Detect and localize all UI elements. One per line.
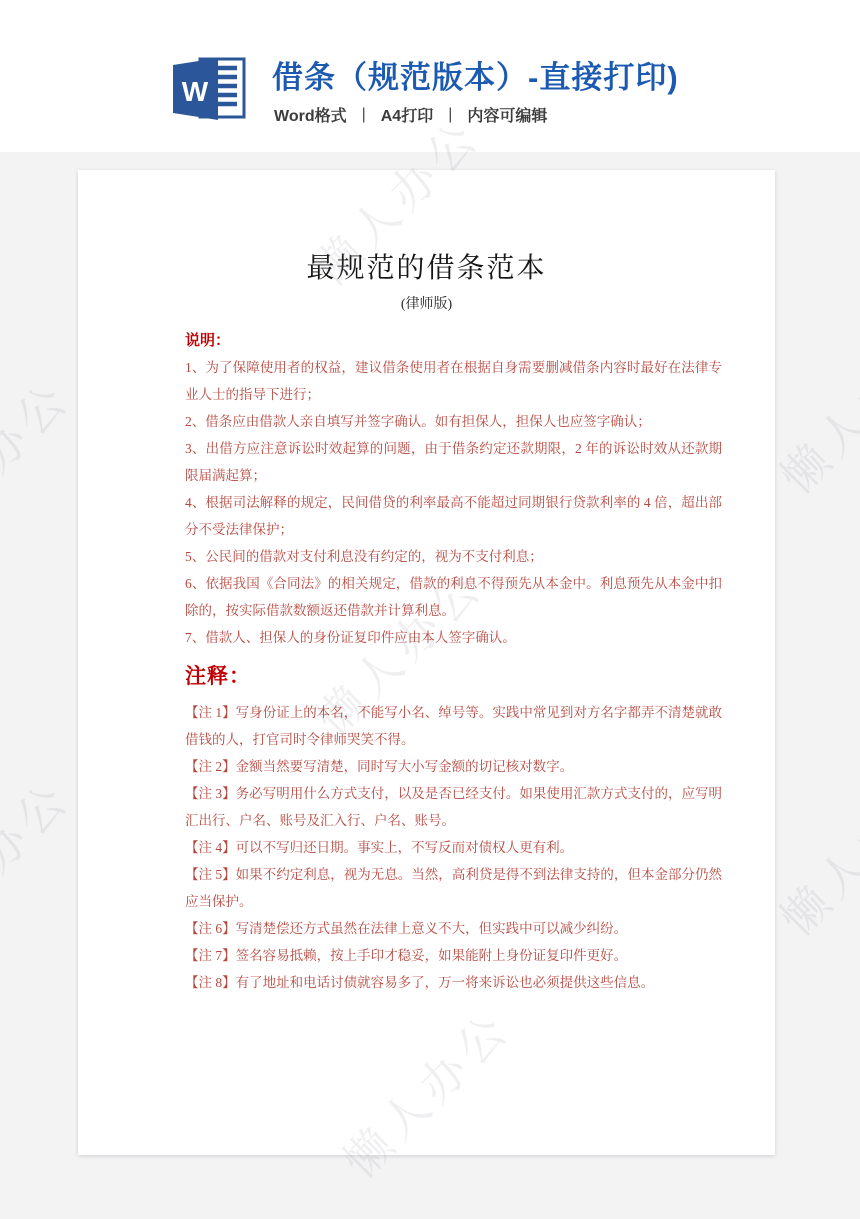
watermark: 懒人办公 [764,752,860,949]
note-item: 【注 7】签名容易抵赖，按上手印才稳妥，如果能附上身份证复印件更好。 [185,942,722,969]
section-heading-shuoming: 说明： [185,329,722,354]
preview-canvas: W 借条（规范版本）-直接打印) Word格式 | A4打印 | 内容可编辑 最… [0,0,860,1219]
watermark: 懒人办公 [0,364,83,561]
note-item: 【注 6】写清楚偿还方式虽然在法律上意义不大，但实践中可以减少纠纷。 [185,915,722,942]
page-title: 借条（规范版本）-直接打印) [272,52,679,97]
section-heading-zhushi: 注释： [185,663,722,690]
document-title: 最规范的借条范本 [78,254,775,284]
instruction-item: 2、借条应由借款人亲自填写并签字确认。如有担保人，担保人也应签字确认； [185,408,722,435]
section-items-zhushi: 【注 1】写身份证上的本名，不能写小名、绰号等。实践中常见到对方名字都弄不清楚就… [185,699,722,996]
document-head: 最规范的借条范本 (律师版) [78,170,775,313]
note-item: 【注 1】写身份证上的本名，不能写小名、绰号等。实践中常见到对方名字都弄不清楚就… [185,699,722,753]
instruction-item: 4、根据司法解释的规定，民间借贷的利率最高不能超过同期银行贷款利率的 4 倍，超… [185,489,722,543]
header: W 借条（规范版本）-直接打印) Word格式 | A4打印 | 内容可编辑 [0,0,860,152]
note-item: 【注 4】可以不写归还日期。事实上，不写反而对债权人更有利。 [185,834,722,861]
meta-a4-print: A4打印 [381,103,433,126]
section-shuoming: 说明： 1、为了保障使用者的权益，建议借条使用者在根据自身需要删减借条内容时最好… [185,329,722,651]
note-item: 【注 2】金额当然要写清楚，同时写大小写金额的切记核对数字。 [185,753,722,780]
word-icon: W [170,56,248,122]
section-zhushi: 注释： 【注 1】写身份证上的本名，不能写小名、绰号等。实践中常见到对方名字都弄… [185,663,722,996]
format-meta: Word格式 | A4打印 | 内容可编辑 [274,103,547,126]
instruction-item: 6、依据我国《合同法》的相关规定，借款的利息不得预先从本金中。利息预先从本金中扣… [185,570,722,624]
instruction-item: 1、为了保障使用者的权益，建议借条使用者在根据自身需要删减借条内容时最好在法律专… [185,354,722,408]
document-page: 最规范的借条范本 (律师版) 说明： 1、为了保障使用者的权益，建议借条使用者在… [78,170,775,1155]
meta-word-format: Word格式 [274,103,347,126]
svg-text:W: W [182,76,209,107]
instruction-item: 7、借款人、担保人的身份证复印件应由本人签字确认。 [185,624,722,651]
section-items-shuoming: 1、为了保障使用者的权益，建议借条使用者在根据自身需要删减借条内容时最好在法律专… [185,354,722,651]
meta-editable: 内容可编辑 [467,103,547,126]
instruction-item: 3、出借方应注意诉讼时效起算的问题，由于借条约定还款期限，2 年的诉讼时效从还款… [185,435,722,489]
watermark: 懒人办公 [0,764,83,961]
document-content: 说明： 1、为了保障使用者的权益，建议借条使用者在根据自身需要删减借条内容时最好… [185,329,722,996]
note-item: 【注 8】有了地址和电话讨债就容易多了，万一将来诉讼也必须提供这些信息。 [185,969,722,996]
meta-divider: | [362,106,366,124]
meta-divider: | [448,106,452,124]
document-subtitle: (律师版) [78,297,775,313]
instruction-item: 5、公民间的借款对支付利息没有约定的，视为不支付利息； [185,543,722,570]
watermark: 懒人办公 [764,310,860,507]
note-item: 【注 5】如果不约定利息，视为无息。当然，高利贷是得不到法律支持的，但本金部分仍… [185,861,722,915]
note-item: 【注 3】务必写明用什么方式支付，以及是否已经支付。如果使用汇款方式支付的，应写… [185,780,722,834]
